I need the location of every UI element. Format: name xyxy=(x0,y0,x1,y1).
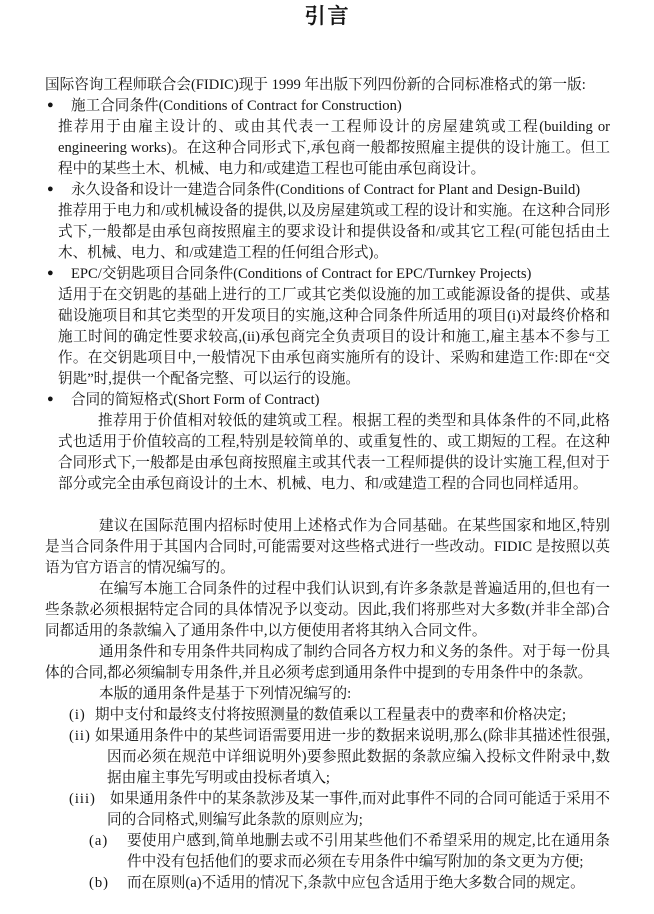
bullet-description: 推荐用于电力和/或机械设备的提供,以及房屋建筑或工程的设计和实施。在这种合同形式… xyxy=(58,201,610,264)
body-paragraph: 本版的通用条件是基于下列情况编写的: xyxy=(45,684,610,705)
letter-list-number: (b) xyxy=(89,873,109,894)
bullet-label-row: ●永久设备和设计一建造合同条件(Conditions of Contract f… xyxy=(45,180,610,201)
contract-format-item: ●施工合同条件(Conditions of Contract for Const… xyxy=(45,96,610,180)
bullet-description: 推荐用于价值相对较低的建筑或工程。根据工程的类型和具体条件的不同,此格式也适用于… xyxy=(58,411,610,495)
letter-list-text: 而在原则(a)不适用的情况下,条款中应包含适用于绝大多数合同的规定。 xyxy=(127,875,585,891)
bullet-label-text: 永久设备和设计一建造合同条件(Conditions of Contract fo… xyxy=(71,182,580,198)
bullet-label-row: ●EPC/交钥匙项目合同条件(Conditions of Contract fo… xyxy=(45,264,610,285)
body-paragraphs: 建议在国际范围内招标时使用上述格式作为合同基础。在某些国家和地区,特别是当合同条… xyxy=(45,516,610,705)
body-paragraph: 通用条件和专用条件共同构成了制约合同各方权力和义务的条件。对于每一份具体的合同,… xyxy=(45,642,610,684)
roman-list-item: (i)期中支付和最终支付将按照测量的数值乘以工程量表中的费率和价格决定; xyxy=(107,705,610,726)
bullet-icon: ● xyxy=(47,179,54,200)
letter-list-item: (b)而在原则(a)不适用的情况下,条款中应包含适用于绝大多数合同的规定。 xyxy=(127,873,610,894)
contract-format-list: ●施工合同条件(Conditions of Contract for Const… xyxy=(45,96,610,495)
roman-list-number: (ii) xyxy=(69,726,91,747)
body-paragraph: 在编写本施工合同条件的过程中我们认识到,有许多条款是普遍适用的,但也有一些条款必… xyxy=(45,579,610,642)
roman-list-item: (iii)如果通用条件中的某条款涉及某一事件,而对此事件不同的合同可能适于采用不… xyxy=(107,789,610,831)
bullet-label-text: 合同的简短格式(Short Form of Contract) xyxy=(71,392,319,408)
drafting-basis-list: (i)期中支付和最终支付将按照测量的数值乘以工程量表中的费率和价格决定;(ii)… xyxy=(45,705,610,894)
roman-list-text: 如果通用条件中的某些词语需要用进一步的数据来说明,那么(除非其描述性很强,因而必… xyxy=(95,728,610,786)
contract-format-item: ●合同的简短格式(Short Form of Contract)推荐用于价值相对… xyxy=(45,390,610,495)
contract-format-item: ●EPC/交钥匙项目合同条件(Conditions of Contract fo… xyxy=(45,264,610,390)
bullet-icon: ● xyxy=(47,389,54,410)
roman-list-number: (i) xyxy=(69,705,86,726)
roman-list-number: (iii) xyxy=(69,789,96,810)
letter-list-item: (a)要使用户感到,简单地删去或不引用某些他们不希望采用的规定,比在通用条件中没… xyxy=(127,831,610,873)
bullet-label-text: EPC/交钥匙项目合同条件(Conditions of Contract for… xyxy=(71,266,531,282)
bullet-label-row: ●合同的简短格式(Short Form of Contract) xyxy=(45,390,610,411)
bullet-label-row: ●施工合同条件(Conditions of Contract for Const… xyxy=(45,96,610,117)
bullet-label-text: 施工合同条件(Conditions of Contract for Constr… xyxy=(71,98,402,114)
letter-list-number: (a) xyxy=(89,831,108,852)
bullet-description: 推荐用于由雇主设计的、或由其代表一工程师设计的房屋建筑或工程(building … xyxy=(58,117,610,180)
bullet-description: 适用于在交钥匙的基础上进行的工厂或其它类似设施的加工或能源设备的提供、或基础设施… xyxy=(58,285,610,390)
section-gap xyxy=(45,495,610,516)
roman-list-text: 如果通用条件中的某条款涉及某一事件,而对此事件不同的合同可能适于采用不同的合同格… xyxy=(107,791,610,828)
bullet-icon: ● xyxy=(47,263,54,284)
roman-list-text: 期中支付和最终支付将按照测量的数值乘以工程量表中的费率和价格决定; xyxy=(95,707,566,723)
bullet-icon: ● xyxy=(47,95,54,116)
intro-paragraph: 国际咨询工程师联合会(FIDIC)现于 1999 年出版下列四份新的合同标准格式… xyxy=(45,75,610,96)
letter-list-text: 要使用户感到,简单地删去或不引用某些他们不希望采用的规定,比在通用条件中没有包括… xyxy=(127,833,610,870)
body-paragraph: 建议在国际范围内招标时使用上述格式作为合同基础。在某些国家和地区,特别是当合同条… xyxy=(45,516,610,579)
contract-format-item: ●永久设备和设计一建造合同条件(Conditions of Contract f… xyxy=(45,180,610,264)
document-page: 引言 国际咨询工程师联合会(FIDIC)现于 1999 年出版下列四份新的合同标… xyxy=(0,0,654,914)
roman-list-item: (ii)如果通用条件中的某些词语需要用进一步的数据来说明,那么(除非其描述性很强… xyxy=(107,726,610,789)
page-title: 引言 xyxy=(45,4,610,28)
